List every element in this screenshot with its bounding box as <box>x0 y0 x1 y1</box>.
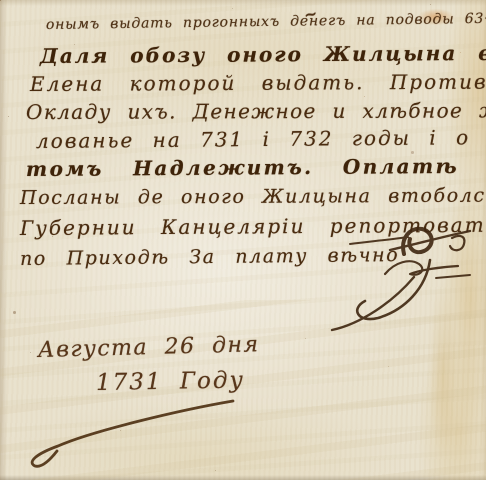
signature-flourish <box>350 237 408 244</box>
ink-flourishes <box>0 0 486 480</box>
signature-flourish <box>450 236 464 250</box>
signature-underline <box>436 275 470 278</box>
signature-flourish <box>357 260 430 319</box>
signature-flourish <box>332 277 414 330</box>
manuscript-page: онымъ выдать прогонныхъ денегъ на подвод… <box>0 0 486 480</box>
closing-swash-flourish <box>32 401 233 466</box>
signature-flourish <box>385 261 458 274</box>
